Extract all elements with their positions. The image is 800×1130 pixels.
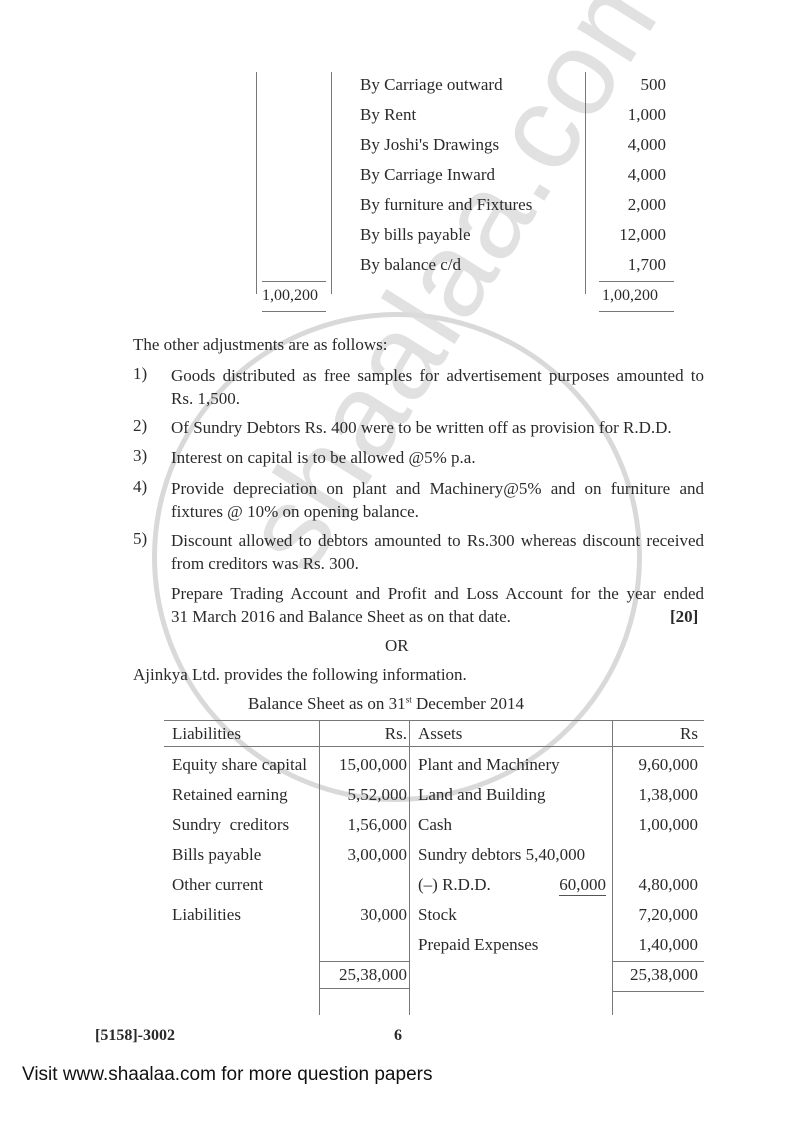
adjustment-item: Provide depreciation on plant and Machin… — [171, 477, 704, 523]
liability-label: Equity share capital — [172, 755, 307, 775]
ledger-left-border — [256, 72, 257, 294]
adjustment-item: Goods distributed as free samples for ad… — [171, 364, 704, 410]
header-liabilities: Liabilities — [172, 724, 241, 744]
ledger-credit-total: 1,00,200 — [602, 287, 658, 305]
asset-amount: 7,20,000 — [639, 905, 699, 925]
item-number: 2) — [133, 416, 147, 436]
asset-label: (–) R.D.D. — [418, 875, 491, 895]
rule — [164, 720, 704, 721]
rule — [599, 281, 674, 282]
item-number: 4) — [133, 477, 147, 497]
asset-label: Land and Building — [418, 785, 545, 805]
asset-label: Prepaid Expenses — [418, 935, 538, 955]
liability-label: Other current — [172, 875, 263, 895]
ledger-entry: By bills payable 12,000 — [360, 225, 666, 255]
liability-amount: 5,52,000 — [348, 785, 408, 805]
visit-banner: Visit www.shaalaa.com for more question … — [22, 1064, 432, 1086]
paper-code: [5158]-3002 — [95, 1027, 175, 1045]
rule — [262, 311, 326, 312]
header-rs-left: Rs. — [385, 724, 407, 744]
page-number: 6 — [394, 1027, 402, 1045]
liability-label: Sundry creditors — [172, 815, 289, 835]
header-assets: Assets — [418, 724, 462, 744]
balance-sheet-title: Balance Sheet as on 31st December 2014 — [248, 694, 524, 714]
asset-label: Sundry debtors 5,40,000 — [418, 845, 585, 865]
liability-amount: 30,000 — [360, 905, 407, 925]
asset-amount: 1,38,000 — [639, 785, 699, 805]
instruction-line-2: 31 March 2016 and Balance Sheet as on th… — [171, 605, 511, 628]
item-number: 3) — [133, 446, 147, 466]
liability-label: Liabilities — [172, 905, 241, 925]
question2-intro: Ajinkya Ltd. provides the following info… — [133, 665, 467, 685]
title-text: December 2014 — [412, 694, 524, 713]
asset-amount: 9,60,000 — [639, 755, 699, 775]
rule — [319, 720, 320, 1015]
asset-label: Cash — [418, 815, 452, 835]
ledger-entry: By Joshi's Drawings 4,000 — [360, 135, 666, 165]
asset-label: Stock — [418, 905, 457, 925]
rule — [409, 720, 410, 1015]
liability-amount: 1,56,000 — [348, 815, 408, 835]
total-assets: 25,38,000 — [630, 965, 698, 985]
adjustment-item: Interest on capital is to be allowed @5%… — [171, 446, 704, 469]
rule — [612, 991, 704, 992]
ledger-debit-total: 1,00,200 — [262, 287, 318, 305]
asset-amount: 1,00,000 — [639, 815, 699, 835]
rule — [319, 961, 409, 962]
or-separator: OR — [385, 636, 409, 656]
item-number: 5) — [133, 529, 147, 549]
rule — [612, 961, 704, 962]
rdd-subamount: 60,000 — [559, 875, 606, 896]
ledger-entry: By Carriage Inward 4,000 — [360, 165, 666, 195]
total-liabilities: 25,38,000 — [339, 965, 407, 985]
item-number: 1) — [133, 364, 147, 384]
balance-sheet-table: Liabilities Rs. Assets Rs Equity share c… — [164, 720, 704, 1015]
marks: [20] — [670, 605, 698, 628]
asset-amount: 1,40,000 — [639, 935, 699, 955]
instruction-line-1: Prepare Trading Account and Profit and L… — [171, 582, 704, 605]
asset-label: Plant and Machinery — [418, 755, 560, 775]
title-text: Balance Sheet as on 31 — [248, 694, 406, 713]
adjustment-item: Of Sundry Debtors Rs. 400 were to be wri… — [171, 416, 704, 439]
liability-amount: 15,00,000 — [339, 755, 407, 775]
rule — [612, 720, 613, 1015]
liability-amount: 3,00,000 — [348, 845, 408, 865]
header-rs-right: Rs — [680, 724, 698, 744]
ledger-debit-amount-divider — [331, 72, 332, 294]
rule — [599, 311, 674, 312]
rule — [262, 281, 326, 282]
liability-label: Bills payable — [172, 845, 261, 865]
rule — [319, 988, 409, 989]
liability-label: Retained earning — [172, 785, 288, 805]
rule — [164, 746, 704, 747]
asset-amount: 4,80,000 — [639, 875, 699, 895]
adjustments-intro: The other adjustments are as follows: — [133, 333, 387, 356]
ledger-entry: By furniture and Fixtures 2,000 — [360, 195, 666, 225]
ledger-entry: By Rent 1,000 — [360, 105, 666, 135]
adjustment-item: Discount allowed to debtors amounted to … — [171, 529, 704, 575]
ledger-entry: By Carriage outward 500 — [360, 75, 666, 105]
